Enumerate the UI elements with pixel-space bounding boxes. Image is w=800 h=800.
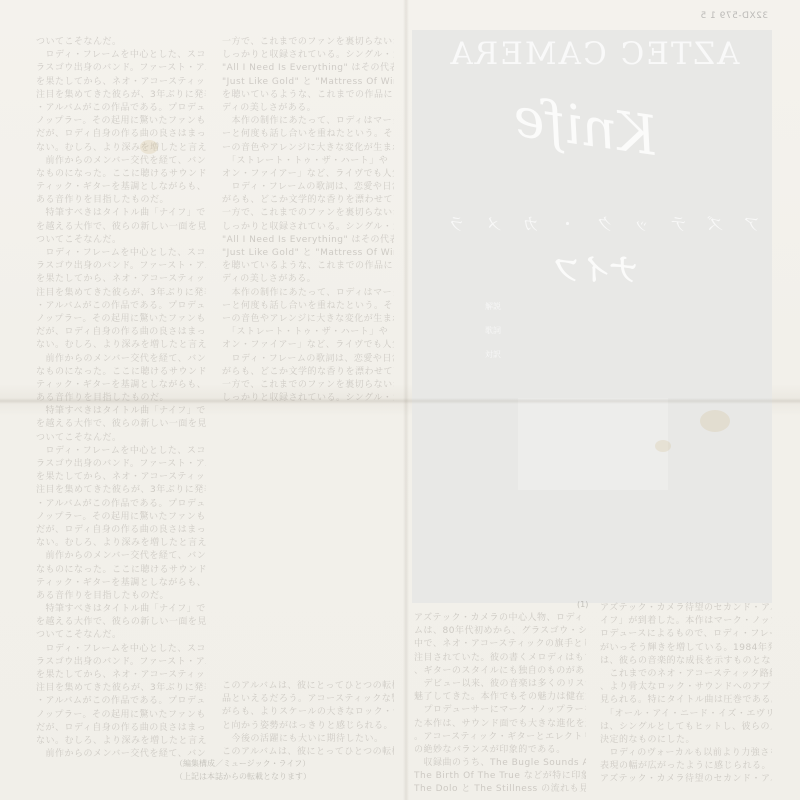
text-line: このアルバムは、彼にとってひとつの転機となった作 xyxy=(222,680,394,693)
meta-line-1: 解説 xyxy=(485,295,515,319)
text-line: "Just Like Gold" と "Mattress Of Wire" 以来… xyxy=(222,247,394,260)
text-line: ロディのヴォーカルも以前より力強さを増し、 xyxy=(600,747,772,760)
text-line: 注目されていた。彼の書くメロディはもちろん xyxy=(414,652,586,665)
text-line: を果たしてから、ネオ・アコースティックの旗手として xyxy=(36,273,206,286)
text-line: 一方で、これまでのファンを裏切らないポップな曲も xyxy=(222,379,394,392)
text-line: 一方で、これまでのファンを裏切らないポップな曲も xyxy=(222,207,394,220)
text-line: The Dolo と The Stillness の流れも見事だ。 xyxy=(414,783,586,796)
text-line: ない。むしろ、より深みを増したと言えるだろう。 xyxy=(36,142,206,155)
text-line: 「オール・アイ・ニード・イズ・エヴリシング」 xyxy=(600,708,772,721)
text-line: ノップラー。その起用に驚いたファンも多かったはず xyxy=(36,709,206,722)
text-line: ラスゴウ出身のバンド。ファースト・アルバムでデビュー xyxy=(36,62,206,75)
text-line: イフ」が到着した。本作はマーク・ノップラーのプ xyxy=(600,615,772,628)
text-line: アズテック・カメラ待望のセカンド・アルバム「ナ xyxy=(600,773,772,786)
footnote-line-1: （編集構成／ミュージック・ライフ） xyxy=(175,757,311,770)
right-column-2: アズテック・カメラ待望のセカンド・アルバム「ナイフ」が到着した。本作はマーク・ノ… xyxy=(600,602,772,787)
left-footnote: （編集構成／ミュージック・ライフ） （上記は本誌からの転載となります） xyxy=(175,757,311,783)
text-line: ラスゴウ出身のバンド。ファースト・アルバムでデビュー xyxy=(36,656,206,669)
text-line: を聴いているような、これまでの作品にも通じるメロ xyxy=(222,260,394,273)
text-line: ノップラー。その起用に驚いたファンも多かったはず xyxy=(36,115,206,128)
text-line: ある音作りを目指したものだ。 xyxy=(36,194,206,207)
text-line: 、より骨太なロック・サウンドへのアプローチも xyxy=(600,681,772,694)
text-line: プロデューサーにマーク・ノップラーを迎え xyxy=(414,704,586,717)
text-line: 特筆すべきはタイトル曲「ナイフ」であろう。9分 xyxy=(36,207,206,220)
text-line: 決定的なものにした。 xyxy=(600,734,772,747)
text-line: ムは、80年代初めから、グラスゴウ・シーンの xyxy=(414,625,586,638)
text-line: ーと何度も話し合いを重ねたという。その結果、ギタ xyxy=(222,128,394,141)
text-line: ついてこそなんだ。 xyxy=(36,234,206,247)
text-line: なものになった。ここに聴けるサウンドは、アコース xyxy=(36,564,206,577)
text-line: デビュー以来、彼の音楽は多くのリスナーを xyxy=(414,678,586,691)
text-line: ディの美しさがある。 xyxy=(222,273,394,286)
text-line: ラスゴウ出身のバンド。ファースト・アルバムでデビュー xyxy=(36,458,206,471)
text-line: ・アルバムがこの作品である。プロデュースはマーク・ xyxy=(36,498,206,511)
text-line: 本作の制作にあたって、ロディはマーク・ノップラ xyxy=(222,287,394,300)
text-line: 一方で、これまでのファンを裏切らないポップな曲も xyxy=(222,36,394,49)
cover-inset-image xyxy=(518,398,668,490)
text-line: ロディ・フレームの歌詞は、恋愛や日常を描きな xyxy=(222,353,394,366)
text-line: ディの美しさがある。 xyxy=(222,102,394,115)
text-line: ロディ・フレームを中心とした、スコットランドはグ xyxy=(36,445,206,458)
text-line: 注目を集めてきた彼らが、3年ぶりに発表したセカンド xyxy=(36,682,206,695)
text-line: ・アルバムがこの作品である。プロデュースはマーク・ xyxy=(36,102,206,115)
text-line: 、ギターのスタイルにも独自のものがある。 xyxy=(414,665,586,678)
text-line: 特筆すべきはタイトル曲「ナイフ」であろう。9分 xyxy=(36,405,206,418)
text-line: ない。むしろ、より深みを増したと言えるだろう。 xyxy=(36,735,206,748)
text-line: "All I Need Is Everything" はその代表だろう。 xyxy=(222,234,394,247)
text-line: 注目を集めてきた彼らが、3年ぶりに発表したセカンド xyxy=(36,484,206,497)
paper-stain xyxy=(140,140,158,154)
text-line: を聴いているような、これまでの作品にも通じるメロ xyxy=(222,89,394,102)
text-line: 「ストレート・トゥ・ザ・ハート」や「スティル・ xyxy=(222,326,394,339)
meta-line-3: 対訳 xyxy=(485,343,515,367)
left-column-3: このアルバムは、彼にとってひとつの転機となった作品といえるだろう。アコースティッ… xyxy=(222,680,394,760)
text-line: ない。むしろ、より深みを増したと言えるだろう。 xyxy=(36,339,206,352)
horizontal-fold xyxy=(0,398,800,404)
text-line: ロディ・フレームを中心とした、スコットランドはグ xyxy=(36,643,206,656)
text-line: オン・ファイアー」など、ライヴでも人気の曲が並ぶ。 xyxy=(222,168,394,181)
text-line: を越える大作で、彼らの新しい一面を見せてくれる。 xyxy=(36,616,206,629)
text-line: がらも、よりスケールの大きなロック・サウンドへ xyxy=(222,706,394,719)
text-line: ロディ・フレームを中心とした、スコットランドはグ xyxy=(36,49,206,62)
text-line: ついてこそなんだ。 xyxy=(36,629,206,642)
text-line: 前作からのメンバー交代を経て、バンドはより強固 xyxy=(36,353,206,366)
text-line: アズテック・カメラの中心人物、ロディ・フレイ xyxy=(414,612,586,625)
text-line: だが、ロディ自身の作る曲の良さはまったく変わってい xyxy=(36,128,206,141)
text-line: "All I Need Is Everything" はその代表だろう。 xyxy=(222,62,394,75)
text-line: 収録曲のうち、The Bugle Sounds Again、 xyxy=(414,757,586,770)
text-line: ティック・ギターを基調としながらも、より広がりの xyxy=(36,181,206,194)
text-line: 前作からのメンバー交代を経て、バンドはより強固 xyxy=(36,550,206,563)
text-line: 魅了してきた。本作でもその魅力は健在だ。 xyxy=(414,691,586,704)
text-line: なものになった。ここに聴けるサウンドは、アコース xyxy=(36,168,206,181)
text-line: だが、ロディ自身の作る曲の良さはまったく変わってい xyxy=(36,722,206,735)
text-line: ティック・ギターを基調としながらも、より広がりの xyxy=(36,577,206,590)
text-line: は、彼らの音楽的な成長を示すものとなった。 xyxy=(600,655,772,668)
album-title-japanese: ナイフ xyxy=(540,245,650,289)
paper-stain xyxy=(655,440,671,452)
text-line: ついてこそなんだ。 xyxy=(36,36,206,49)
text-line: "Just Like Gold" と "Mattress Of Wire" 以来… xyxy=(222,76,394,89)
text-line: 。アコースティック・ギターとエレクトリック xyxy=(414,731,586,744)
text-line: と向かう姿勢がはっきりと感じられる。 xyxy=(222,720,394,733)
text-line: 表現の幅が広がったように感じられる。 xyxy=(600,760,772,773)
text-line: がらも、どこか文学的な香りを漂わせている。 xyxy=(222,194,394,207)
text-line: 今後の活躍にも大いに期待したい。 xyxy=(222,733,394,746)
text-line: の絶妙なバランスが印象的である。 xyxy=(414,744,586,757)
text-line: The Birth Of The True などが特に印象深い。 xyxy=(414,770,586,783)
page-number: (1) xyxy=(577,600,588,609)
text-line: ノップラー。その起用に驚いたファンも多かったはず xyxy=(36,511,206,524)
text-line: ロデュースによるもので、ロディ・フレームの才能 xyxy=(600,628,772,641)
text-line: 「ストレート・トゥ・ザ・ハート」や「スティル・ xyxy=(222,155,394,168)
text-line: を果たしてから、ネオ・アコースティックの旗手として xyxy=(36,76,206,89)
text-line: を果たしてから、ネオ・アコースティックの旗手として xyxy=(36,669,206,682)
text-line: これまでのネオ・アコースティック路線に加えて xyxy=(600,668,772,681)
text-line: を越える大作で、彼らの新しい一面を見せてくれる。 xyxy=(36,221,206,234)
left-column-2: 一方で、これまでのファンを裏切らないポップな曲もしっかりと収録されている。シング… xyxy=(222,36,394,406)
band-name: AZTEC CAMERA xyxy=(418,36,770,72)
right-column-1: アズテック・カメラの中心人物、ロディ・フレイムは、80年代初めから、グラスゴウ・… xyxy=(414,612,586,797)
text-line: なものになった。ここに聴けるサウンドは、アコース xyxy=(36,366,206,379)
text-line: は、シングルとしてもヒットし、彼らの人気を xyxy=(600,721,772,734)
text-line: 注目を集めてきた彼らが、3年ぶりに発表したセカンド xyxy=(36,89,206,102)
text-line: 品といえるだろう。アコースティックな響きを残しな xyxy=(222,693,394,706)
text-line: だが、ロディ自身の作る曲の良さはまったく変わってい xyxy=(36,326,206,339)
text-line: 注目を集めてきた彼らが、3年ぶりに発表したセカンド xyxy=(36,287,206,300)
text-line: しっかりと収録されている。シングル・カットされた xyxy=(222,221,394,234)
text-line: た本作は、サウンド面でも大きな進化を遂げた xyxy=(414,718,586,731)
text-line: 中で、ネオ・アコースティックの旗手として、 xyxy=(414,638,586,651)
text-line: ついてこそなんだ。 xyxy=(36,432,206,445)
text-line: ーと何度も話し合いを重ねたという。その結果、ギタ xyxy=(222,300,394,313)
text-line: 前作からのメンバー交代を経て、バンドはより強固 xyxy=(36,155,206,168)
text-line: だが、ロディ自身の作る曲の良さはまったく変わってい xyxy=(36,524,206,537)
text-line: ロディ・フレームを中心とした、スコットランドはグ xyxy=(36,247,206,260)
text-line: ーの音色やアレンジに大きな変化が生まれた。 xyxy=(222,313,394,326)
paper-stain xyxy=(700,410,730,432)
meta-line-2: 歌詞 xyxy=(485,319,515,343)
text-line: 本作の制作にあたって、ロディはマーク・ノップラ xyxy=(222,115,394,128)
text-line: アズテック・カメラ待望のセカンド・アルバム「ナ xyxy=(600,602,772,615)
text-line: ロディ・フレームの歌詞は、恋愛や日常を描きな xyxy=(222,181,394,194)
text-line: ノップラー。その起用に驚いたファンも多かったはず xyxy=(36,313,206,326)
text-line: オン・ファイアー」など、ライヴでも人気の曲が並ぶ。 xyxy=(222,339,394,352)
cover-meta: 解説 歌詞 対訳 xyxy=(485,295,515,367)
text-line: 特筆すべきはタイトル曲「ナイフ」であろう。9分 xyxy=(36,603,206,616)
text-line: ・アルバムがこの作品である。プロデュースはマーク・ xyxy=(36,695,206,708)
band-name-japanese: アズテック・カメラ xyxy=(430,210,760,235)
catalog-number: 32XD-579 1 5 xyxy=(700,11,768,21)
text-line: ない。むしろ、より深みを増したと言えるだろう。 xyxy=(36,537,206,550)
text-line: ラスゴウ出身のバンド。ファースト・アルバムでデビュー xyxy=(36,260,206,273)
text-line: 見られる。特にタイトル曲は圧巻である。 xyxy=(600,694,772,707)
text-line: を果たしてから、ネオ・アコースティックの旗手として xyxy=(36,471,206,484)
text-line: を越える大作で、彼らの新しい一面を見せてくれる。 xyxy=(36,418,206,431)
text-line: ティック・ギターを基調としながらも、より広がりの xyxy=(36,379,206,392)
text-line: しっかりと収録されている。シングル・カットされた xyxy=(222,49,394,62)
text-line: がらも、どこか文学的な香りを漂わせている。 xyxy=(222,366,394,379)
text-line: がいっそう輝きを増している。1984年発表のこの作品 xyxy=(600,642,772,655)
text-line: ある音作りを目指したものだ。 xyxy=(36,590,206,603)
footnote-line-2: （上記は本誌からの転載となります） xyxy=(175,770,311,783)
text-line: ・アルバムがこの作品である。プロデュースはマーク・ xyxy=(36,300,206,313)
text-line: ーの音色やアレンジに大きな変化が生まれた。 xyxy=(222,142,394,155)
